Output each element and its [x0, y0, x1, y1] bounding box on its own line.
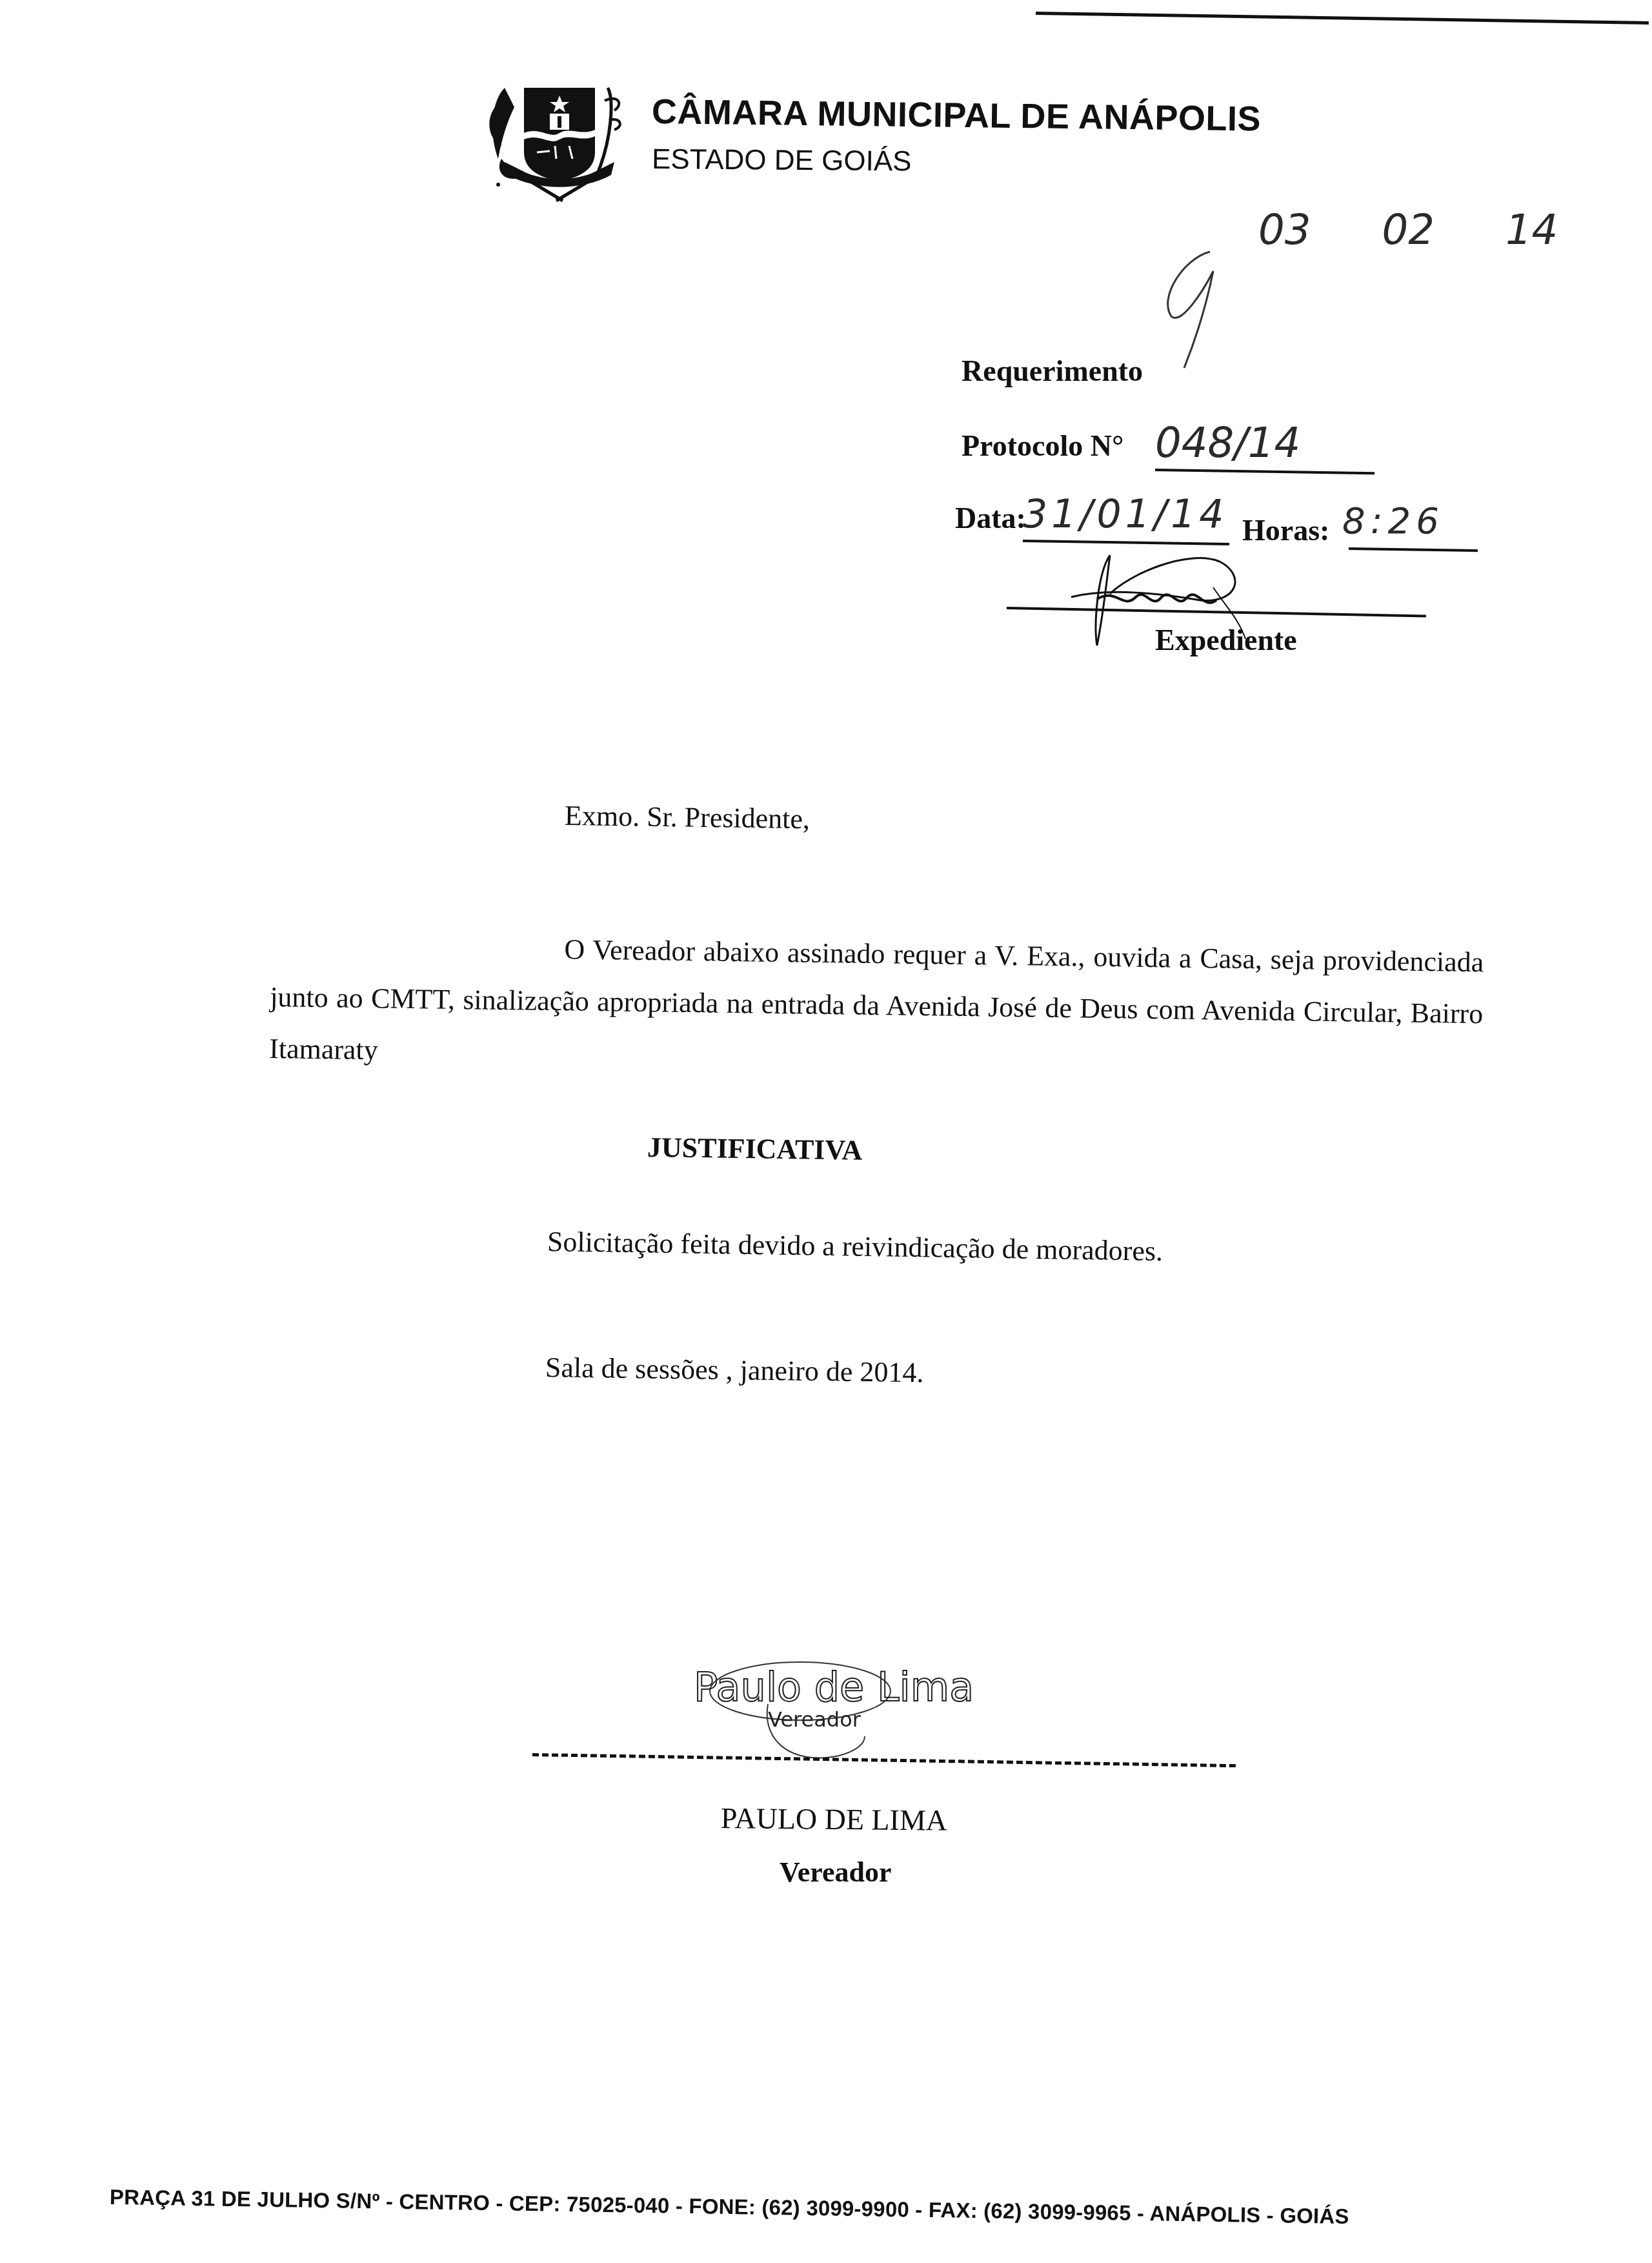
request-paragraph: O Vereador abaixo assinado requer a V. E…: [269, 920, 1484, 1091]
requerimento-label: Requerimento: [962, 354, 1143, 388]
horas-underline: [1349, 547, 1478, 552]
expediente-label: Expediente: [1155, 623, 1297, 657]
receipt-day: 03: [1258, 207, 1311, 254]
organization-state: ESTADO DE GOIÁS: [652, 143, 912, 178]
signer-name: PAULO DE LIMA: [721, 1801, 948, 1838]
horas-value: 8:26: [1342, 500, 1444, 542]
horas-label: Horas:: [1242, 513, 1329, 547]
receipt-month: 02: [1382, 207, 1434, 254]
handwritten-receipt-date: 030214: [1258, 207, 1629, 254]
stamp-role: Vereador: [768, 1707, 861, 1732]
stamp-name: Paulo de Lima: [694, 1663, 974, 1710]
request-paragraph-text: O Vereador abaixo assinado requer a V. E…: [269, 920, 1484, 1091]
protocolo-underline: [1155, 469, 1375, 474]
salutation: Exmo. Sr. Presidente,: [565, 797, 811, 837]
protocolo-value: 048/14: [1155, 420, 1300, 467]
receipt-year: 14: [1506, 207, 1558, 254]
justification-title: JUSTIFICATIVA: [647, 1131, 863, 1167]
signer-role: Vereador: [780, 1856, 892, 1889]
justification-text: Solicitação feita devido a reivindicação…: [547, 1223, 1163, 1270]
data-value: 31/01/14: [1023, 492, 1227, 537]
scan-edge-line: [1036, 12, 1649, 25]
coat-of-arms-icon: [485, 62, 634, 204]
data-underline: [1023, 540, 1229, 545]
data-label: Data:: [955, 501, 1026, 535]
footer-address: PRAÇA 31 DE JULHO S/Nº - CENTRO - CEP: 7…: [110, 2185, 1349, 2229]
place-and-date: Sala de sessões , janeiro de 2014.: [545, 1349, 924, 1391]
organization-name: CÂMARA MUNICIPAL DE ANÁPOLIS: [652, 92, 1262, 139]
handwritten-mark-icon: [1139, 245, 1242, 374]
protocolo-label: Protocolo N°: [962, 429, 1123, 463]
